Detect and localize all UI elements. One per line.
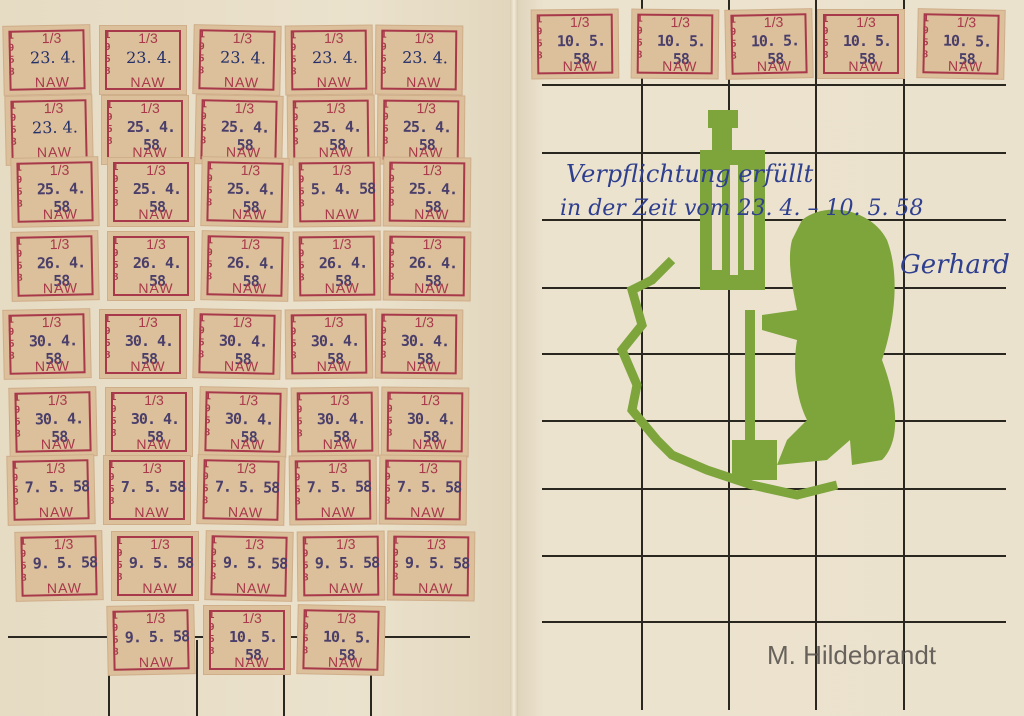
- stamp-code: NAW: [22, 435, 94, 453]
- ration-stamp: 19581/323. 4.NAW: [193, 25, 280, 95]
- stamp-code: NAW: [738, 57, 810, 75]
- stamp-code: NAW: [120, 206, 192, 222]
- stamp-fraction: 1/3: [288, 100, 374, 117]
- stamp-code: NAW: [830, 58, 902, 74]
- ration-stamp: 19581/326. 4. 58NAW: [11, 231, 98, 301]
- stamp-fraction: 1/3: [286, 314, 372, 331]
- stamp-code: NAW: [388, 358, 460, 375]
- stamp-fraction: 1/3: [206, 535, 292, 553]
- stamp-fraction: 1/3: [632, 14, 718, 31]
- stamp-fraction: 1/3: [194, 313, 280, 331]
- stamp-fraction: 1/3: [100, 314, 186, 330]
- stamp-code: NAW: [116, 504, 188, 520]
- stamp-date: 9. 5. 58: [220, 553, 290, 572]
- stamp-code: NAW: [394, 436, 466, 453]
- stamp-code: NAW: [24, 205, 96, 223]
- stamp-date: 9. 5. 58: [402, 554, 472, 573]
- ration-stamp: 19581/39. 5. 58NAW: [388, 532, 475, 601]
- ration-stamp: 19581/330. 4. 58NAW: [199, 387, 286, 457]
- stamp-fraction: 1/3: [376, 314, 462, 331]
- stamp-date: 23. 4.: [18, 47, 88, 67]
- ration-stamp: 19581/39. 5. 58NAW: [298, 532, 385, 601]
- stamp-fraction: 1/3: [112, 536, 198, 552]
- stamp-code: NAW: [16, 357, 88, 375]
- stamp-fraction: 1/3: [918, 13, 1004, 31]
- stamp-code: NAW: [213, 205, 285, 223]
- stamp-code: NAW: [217, 579, 289, 597]
- stamp-code: NAW: [306, 206, 378, 223]
- stamp-code: NAW: [302, 504, 374, 521]
- stamp-date: 23. 4.: [20, 117, 90, 137]
- ration-stamp: 19581/330. 4. 58NAW: [292, 388, 379, 457]
- stamp-fraction: 1/3: [380, 460, 466, 477]
- stamp-fraction: 1/3: [292, 392, 378, 409]
- handwritten-signature: Gerhard: [900, 250, 1010, 280]
- stamp-fraction: 1/3: [104, 460, 190, 476]
- stamp-code: NAW: [211, 435, 283, 453]
- stamp-date: 23. 4.: [114, 48, 184, 67]
- ration-stamp: 19581/37. 5. 58NAW: [290, 456, 377, 525]
- stamp-code: NAW: [28, 579, 100, 597]
- stamp-code: NAW: [392, 504, 464, 521]
- ration-stamp: 19581/330. 4. 58NAW: [3, 309, 90, 379]
- stamp-code: NAW: [124, 580, 196, 596]
- ration-stamp: 19581/35. 4. 58NAW: [294, 158, 381, 227]
- stamp-code: NAW: [400, 580, 472, 597]
- stamp-date: 9. 5. 58: [312, 554, 382, 573]
- stamp-code: NAW: [309, 653, 381, 671]
- ration-stamp: 19581/325. 4. 58NAW: [288, 96, 375, 165]
- ration-stamp: 19581/39. 5. 58NAW: [15, 531, 102, 601]
- ration-stamp: 19581/323. 4.NAW: [5, 95, 92, 165]
- stamp-fraction: 1/3: [15, 535, 101, 553]
- stamp-code: NAW: [929, 57, 1001, 75]
- stamp-fraction: 1/3: [376, 30, 462, 47]
- stamp-date: 7. 5. 58: [118, 478, 188, 496]
- stamp-code: NAW: [205, 73, 277, 91]
- stamp-fraction: 1/3: [5, 99, 91, 117]
- ration-stamp: 19581/310. 5. 58NAW: [818, 10, 904, 78]
- stamp-fraction: 1/3: [3, 29, 89, 47]
- stamp-code: NAW: [209, 503, 281, 521]
- ration-stamp: 19581/325. 4. 58NAW: [195, 95, 282, 165]
- ration-stamp: 19581/330. 4. 58NAW: [9, 387, 96, 457]
- ration-stamp: 19581/330. 4. 58NAW: [106, 388, 192, 456]
- stamp-fraction: 1/3: [11, 235, 97, 253]
- ration-stamp: 19581/326. 4. 58NAW: [201, 231, 288, 301]
- ration-stamp: 19581/325. 4. 58NAW: [384, 158, 471, 227]
- stamp-fraction: 1/3: [298, 609, 384, 627]
- stamp-fraction: 1/3: [204, 610, 290, 626]
- stamp-fraction: 1/3: [106, 392, 192, 408]
- stamp-date: 9. 5. 58: [122, 627, 192, 646]
- stamp-fraction: 1/3: [200, 391, 286, 409]
- ration-stamp: 19581/330. 4. 58NAW: [100, 310, 186, 378]
- stamp-fraction: 1/3: [198, 459, 284, 477]
- stamp-fraction: 1/3: [384, 162, 470, 179]
- stamp-fraction: 1/3: [298, 536, 384, 553]
- stamp-code: NAW: [118, 436, 190, 452]
- stamp-code: NAW: [298, 74, 370, 91]
- handwritten-note-line1: Verpflichtung erfüllt: [566, 160, 813, 188]
- stamp-code: NAW: [16, 73, 88, 91]
- ration-stamp: 19581/310. 5. 58NAW: [532, 10, 619, 79]
- ration-stamp: 19581/39. 5. 58NAW: [112, 532, 198, 600]
- stamp-date: 23. 4.: [300, 48, 370, 68]
- stamp-fraction: 1/3: [108, 162, 194, 178]
- stamp-fraction: 1/3: [202, 235, 288, 253]
- stamp-code: NAW: [120, 653, 192, 671]
- ration-stamp: 19581/325. 4. 58NAW: [11, 157, 98, 227]
- ration-stamp: 19581/39. 5. 58NAW: [107, 605, 194, 675]
- ration-stamp: 19581/325. 4. 58NAW: [108, 158, 194, 226]
- stamp-code: NAW: [24, 279, 96, 297]
- ration-stamp: 19581/310. 5. 58NAW: [917, 9, 1004, 79]
- stamp-code: NAW: [120, 280, 192, 296]
- stamp-code: NAW: [644, 58, 716, 75]
- stamp-code: NAW: [310, 580, 382, 597]
- stamp-code: NAW: [388, 74, 460, 91]
- ration-stamp: 19581/310. 5. 58NAW: [632, 10, 719, 79]
- stamp-fraction: 1/3: [294, 236, 380, 253]
- ration-stamp: 19581/330. 4. 58NAW: [286, 310, 373, 379]
- ration-stamp: 19581/323. 4.NAW: [3, 25, 90, 95]
- ration-stamp: 19581/330. 4. 58NAW: [193, 309, 280, 379]
- ration-stamp: 19581/325. 4. 58NAW: [102, 96, 188, 164]
- stamp-code: NAW: [396, 206, 468, 223]
- ration-stamp: 19581/323. 4.NAW: [286, 26, 373, 95]
- stamp-fraction: 1/3: [202, 161, 288, 179]
- stamp-date: 9. 5. 58: [126, 554, 196, 572]
- stamp-code: NAW: [304, 436, 376, 453]
- ration-stamp: 19581/330. 4. 58NAW: [382, 388, 469, 457]
- grid-line: [196, 640, 198, 716]
- ration-stamp: 19581/37. 5. 58NAW: [104, 456, 190, 524]
- stamp-fraction: 1/3: [286, 30, 372, 47]
- stamp-fraction: 1/3: [725, 13, 811, 31]
- stamp-code: NAW: [216, 654, 288, 670]
- ration-stamp: 19581/39. 5. 58NAW: [205, 531, 292, 601]
- ration-stamp: 19581/323. 4.NAW: [376, 26, 463, 95]
- stamp-fraction: 1/3: [818, 14, 904, 30]
- stamp-fraction: 1/3: [196, 99, 282, 117]
- stamp-fraction: 1/3: [378, 100, 464, 117]
- ration-stamp: 19581/323. 4.NAW: [100, 26, 186, 94]
- ration-stamp: 19581/37. 5. 58NAW: [380, 456, 467, 525]
- stamp-fraction: 1/3: [108, 236, 194, 252]
- ration-stamp: 19581/310. 5. 58NAW: [725, 9, 812, 79]
- stamp-date: 7. 5. 58: [394, 478, 464, 497]
- ration-stamp: 19581/310. 5. 58NAW: [297, 605, 384, 675]
- stamp-code: NAW: [213, 279, 285, 297]
- ration-stamp: 19581/310. 5. 58NAW: [204, 606, 290, 674]
- ration-stamp: 19581/325. 4. 58NAW: [378, 96, 465, 165]
- stamp-fraction: 1/3: [102, 100, 188, 116]
- stamp-fraction: 1/3: [532, 14, 618, 31]
- stamp-date: 23. 4.: [208, 47, 278, 67]
- ration-stamp: 19581/326. 4. 58NAW: [384, 232, 471, 301]
- stamp-fraction: 1/3: [294, 162, 380, 179]
- ration-stamp: 19581/37. 5. 58NAW: [7, 455, 94, 525]
- stamp-code: NAW: [112, 358, 184, 374]
- stamp-date: 7. 5. 58: [22, 477, 92, 496]
- stamp-fraction: 1/3: [290, 460, 376, 477]
- page-fold: [510, 0, 518, 716]
- stamp-fraction: 1/3: [100, 30, 186, 46]
- stamp-fraction: 1/3: [7, 459, 93, 477]
- stamp-date: 5. 4. 58: [308, 180, 378, 199]
- stamp-date: 7. 5. 58: [304, 478, 374, 497]
- stamp-date: 7. 5. 58: [212, 477, 282, 496]
- stamp-fraction: 1/3: [388, 536, 474, 553]
- stamp-fraction: 1/3: [3, 313, 89, 331]
- stamp-code: NAW: [298, 358, 370, 375]
- stamp-date: 9. 5. 58: [30, 553, 100, 572]
- stamp-fraction: 1/3: [382, 392, 468, 409]
- ration-stamp: 19581/326. 4. 58NAW: [294, 232, 381, 301]
- stamp-code: NAW: [20, 503, 92, 521]
- stamp-code: NAW: [306, 280, 378, 297]
- stamp-code: NAW: [112, 74, 184, 90]
- ration-stamp: 19581/37. 5. 58NAW: [197, 455, 284, 525]
- stamp-code: NAW: [396, 280, 468, 297]
- stamp-date: 23. 4.: [390, 48, 460, 68]
- stamp-fraction: 1/3: [11, 161, 97, 179]
- stamp-fraction: 1/3: [194, 29, 280, 47]
- ration-stamp: 19581/325. 4. 58NAW: [201, 157, 288, 227]
- ration-stamp: 19581/326. 4. 58NAW: [108, 232, 194, 300]
- stamp-fraction: 1/3: [384, 236, 470, 253]
- stamp-fraction: 1/3: [9, 391, 95, 409]
- stamp-code: NAW: [544, 58, 616, 75]
- stamp-code: NAW: [205, 357, 277, 375]
- handwritten-note-line2: in der Zeit vom 23. 4. – 10. 5. 58: [560, 196, 923, 221]
- ration-stamp: 19581/330. 4. 58NAW: [376, 310, 463, 379]
- stamp-fraction: 1/3: [107, 609, 193, 627]
- photographer-watermark: M. Hildebrandt: [767, 640, 936, 671]
